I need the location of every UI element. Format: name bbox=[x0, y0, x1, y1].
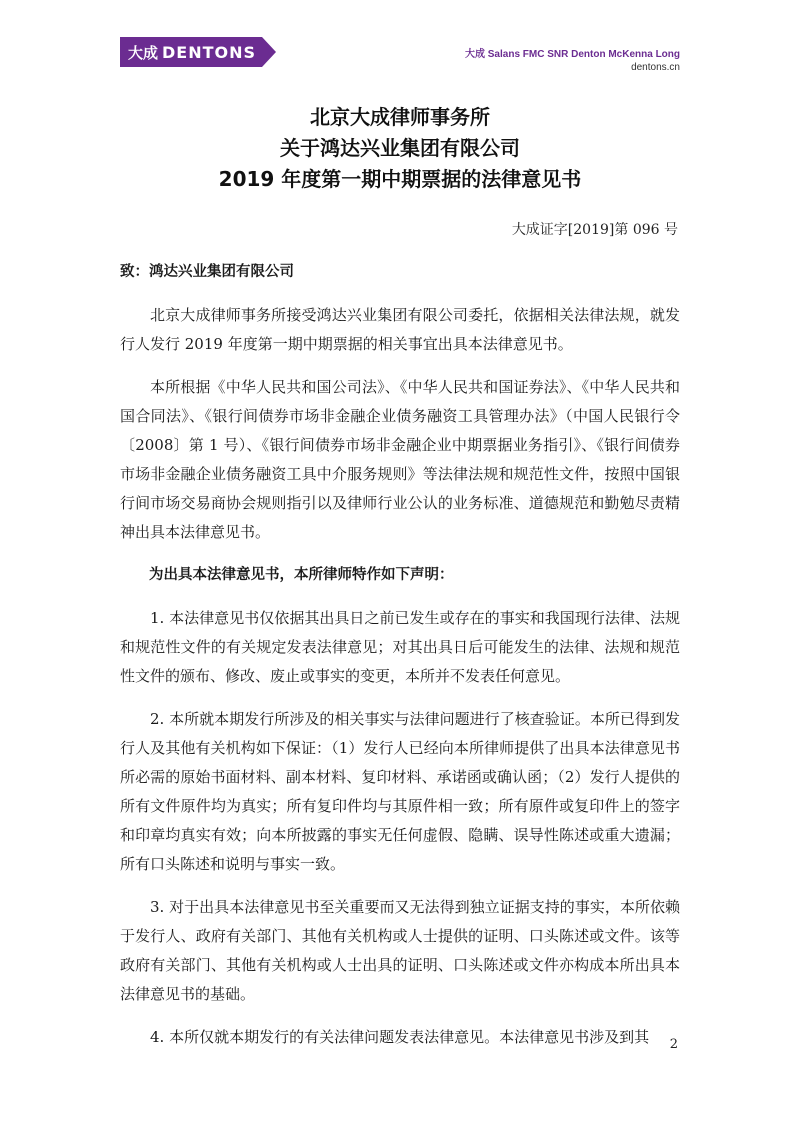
logo-banner: 大成 DENTONS bbox=[120, 37, 262, 67]
title-line-1: 北京大成律师事务所 bbox=[0, 102, 800, 133]
document-number: 大成证字[2019]第 096 号 bbox=[512, 219, 678, 239]
title-line-3: 2019 年度第一期中期票据的法律意见书 bbox=[0, 164, 800, 195]
document-title: 北京大成律师事务所 关于鸿达兴业集团有限公司 2019 年度第一期中期票据的法律… bbox=[0, 102, 800, 195]
firm-names-en: Salans FMC SNR Denton McKenna Long bbox=[488, 49, 680, 60]
legal-basis-paragraph: 本所根据《中华人民共和国公司法》、《中华人民共和国证券法》、《中华人民共和国合同… bbox=[120, 373, 680, 547]
document-body: 致：鸿达兴业集团有限公司 北京大成律师事务所接受鸿达兴业集团有限公司委托，依据相… bbox=[120, 258, 680, 1066]
title-line-2: 关于鸿达兴业集团有限公司 bbox=[0, 133, 800, 164]
addressee: 致：鸿达兴业集团有限公司 bbox=[120, 258, 680, 287]
dentons-logo: 大成 DENTONS bbox=[120, 37, 278, 67]
firm-names-cn: 大成 bbox=[465, 49, 485, 60]
logo-chinese-text: 大成 bbox=[128, 42, 158, 63]
declaration-item-1: 1. 本法律意见书仅依据其出具日之前已发生或存在的事实和我国现行法律、法规和规范… bbox=[120, 604, 680, 691]
intro-paragraph: 北京大成律师事务所接受鸿达兴业集团有限公司委托，依据相关法律法规，就发行人发行 … bbox=[120, 301, 680, 359]
declaration-item-2: 2. 本所就本期发行所涉及的相关事实与法律问题进行了核查验证。本所已得到发行人及… bbox=[120, 705, 680, 879]
firm-names: 大成 Salans FMC SNR Denton McKenna Long bbox=[465, 48, 680, 61]
page-number: 2 bbox=[670, 1037, 678, 1052]
logo-brand-text: DENTONS bbox=[162, 43, 256, 62]
header-firm-info: 大成 Salans FMC SNR Denton McKenna Long de… bbox=[465, 48, 680, 74]
declaration-heading: 为出具本法律意见书，本所律师特作如下声明： bbox=[120, 561, 680, 590]
logo-arrow-icon bbox=[262, 37, 276, 67]
declaration-item-3: 3. 对于出具本法律意见书至关重要而又无法得到独立证据支持的事实，本所依赖于发行… bbox=[120, 893, 680, 1009]
declaration-item-4: 4. 本所仅就本期发行的有关法律问题发表法律意见。本法律意见书涉及到其 bbox=[120, 1023, 680, 1052]
website: dentons.cn bbox=[465, 61, 680, 74]
